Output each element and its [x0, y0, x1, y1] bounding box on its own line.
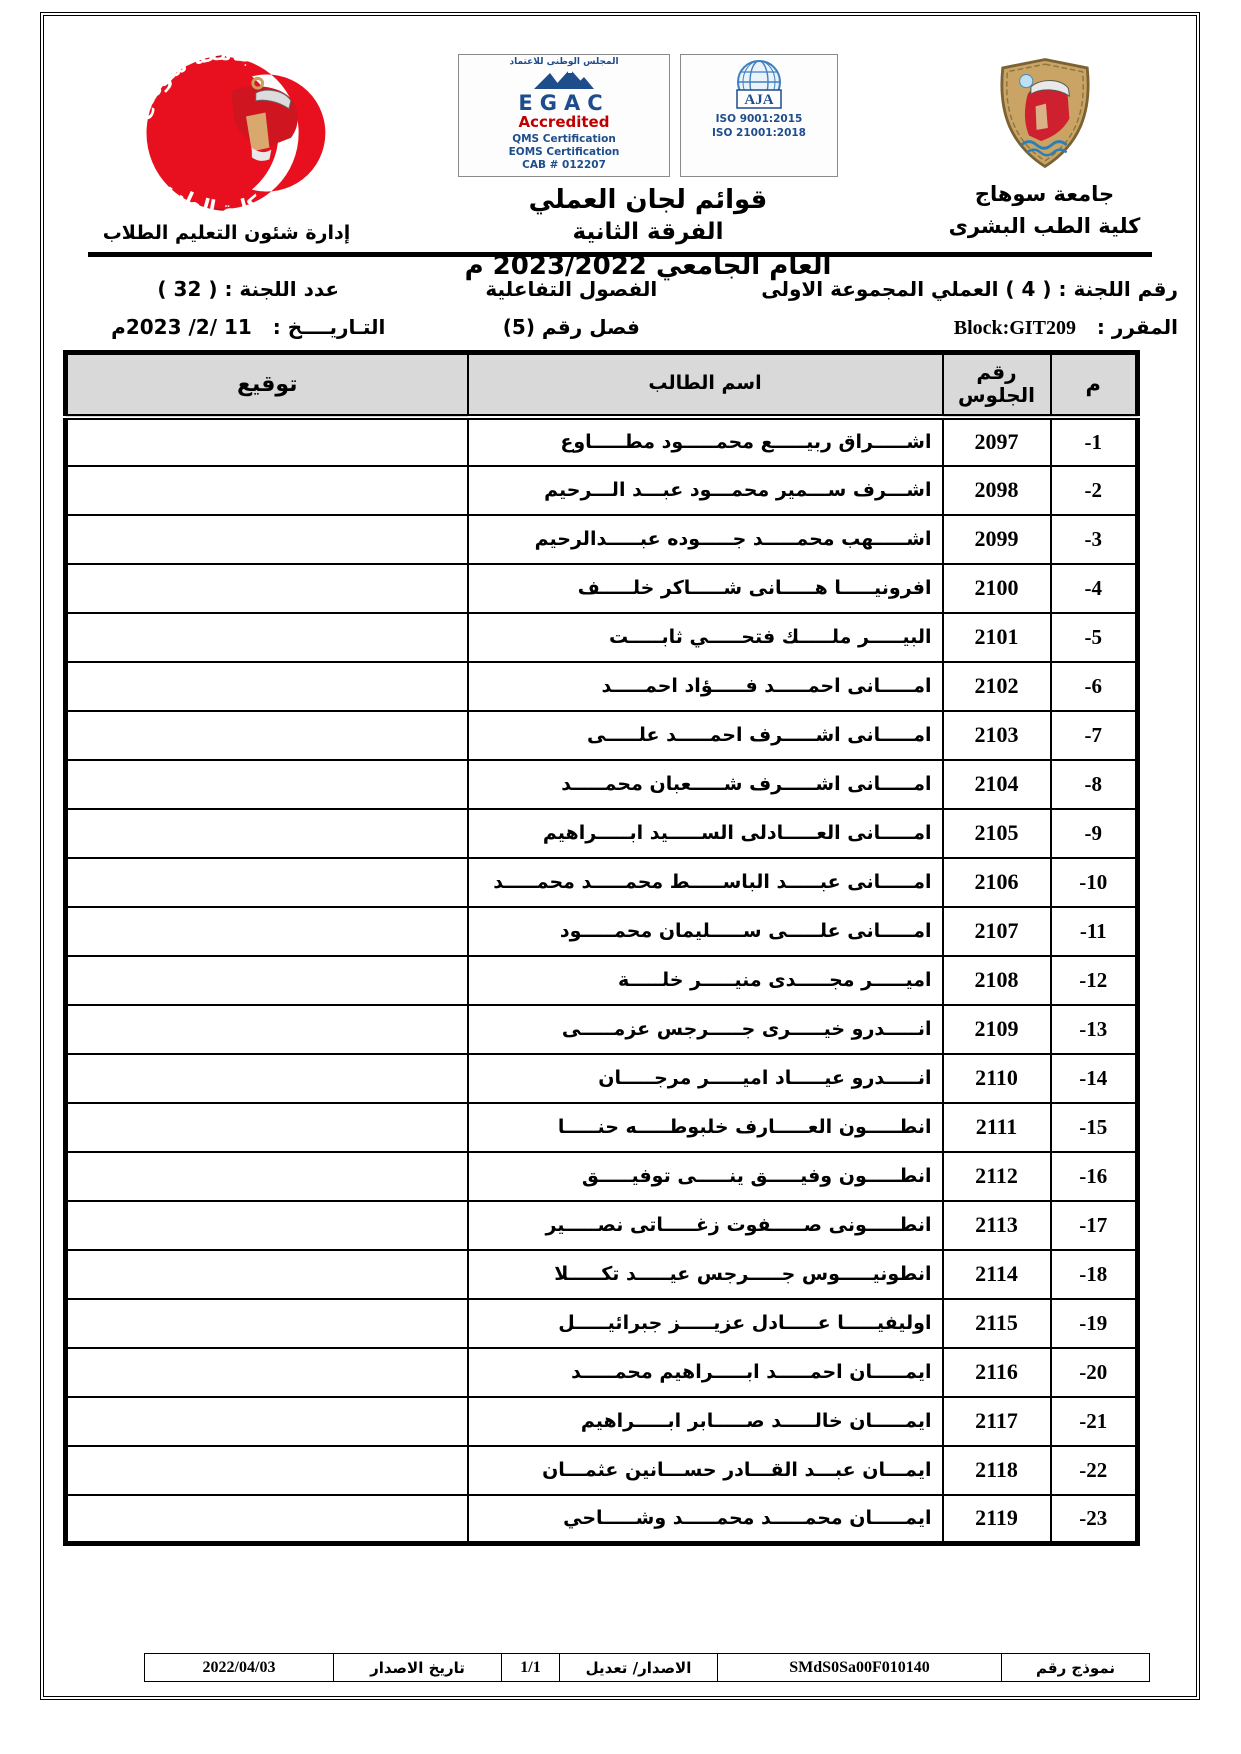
row-index: -15: [1051, 1103, 1138, 1152]
seat-number: 2112: [943, 1152, 1051, 1201]
date-label: التـاريــــخ :: [273, 315, 386, 339]
row-index: -4: [1051, 564, 1138, 613]
aja-globe-icon: AJA: [709, 58, 809, 110]
table-row: -3 2099 اشـــــهب محمـــــد جـــــوده عب…: [66, 515, 1138, 564]
signature-cell: [66, 1250, 468, 1299]
seat-number: 2104: [943, 760, 1051, 809]
table-row: -12 2108 اميـــــر مجـــــدى منيـــــر خ…: [66, 956, 1138, 1005]
seat-number: 2119: [943, 1495, 1051, 1544]
seat-number: 2110: [943, 1054, 1051, 1103]
date-value: 11 /2/ 2023م: [111, 315, 252, 339]
student-name: امـــــانى اشـــــرف شـــــعبان محمـــــ…: [468, 760, 943, 809]
row-index: -9: [1051, 809, 1138, 858]
signature-cell: [66, 1397, 468, 1446]
signature-cell: [66, 956, 468, 1005]
student-name: انطـــــون وفيـــــق ينـــــى توفيـــــق: [468, 1152, 943, 1201]
table-row: -22 2118 ايمـــان عبـــد القـــادر حســـ…: [66, 1446, 1138, 1495]
seat-number: 2113: [943, 1201, 1051, 1250]
page-title: قوائم لجان العملي: [369, 185, 927, 215]
course-field: المقرر : Block:GIT209: [716, 315, 1184, 340]
aja-iso1: ISO 9001:2015: [712, 113, 806, 127]
row-index: -12: [1051, 956, 1138, 1005]
signature-cell: [66, 760, 468, 809]
seat-number: 2099: [943, 515, 1051, 564]
issue-date-value: 2022/04/03: [145, 1654, 333, 1681]
seat-number: 2109: [943, 1005, 1051, 1054]
row-index: -21: [1051, 1397, 1138, 1446]
egac-arc-text: المجلس الوطنى للاعتماد: [463, 57, 665, 67]
student-name: ايمـــــان خالـــــد صـــــابر ابـــــرا…: [468, 1397, 943, 1446]
course-code: Block:GIT209: [954, 317, 1076, 339]
seat-number: 2107: [943, 907, 1051, 956]
col-header-index: م: [1051, 353, 1138, 417]
certification-logos: المجلس الوطنى للاعتماد EGAC Accredited Q…: [369, 54, 927, 177]
signature-cell: [66, 858, 468, 907]
signature-cell: [66, 564, 468, 613]
table-row: -19 2115 اوليفيـــــا عـــــادل عزيـــــ…: [66, 1299, 1138, 1348]
signature-cell: [66, 1201, 468, 1250]
row-index: -8: [1051, 760, 1138, 809]
grade-title: الفرقة الثانية: [369, 219, 927, 245]
medicine-college-crescent-icon: جامعة سوهاج كلية الطب: [109, 54, 344, 212]
row-index: -7: [1051, 711, 1138, 760]
signature-cell: [66, 1103, 468, 1152]
signature-cell: [66, 1299, 468, 1348]
row-index: -6: [1051, 662, 1138, 711]
faculty-name: كلية الطب البشرى: [927, 212, 1162, 240]
section-type: الفصول التفاعلية: [427, 277, 717, 301]
signature-cell: [66, 466, 468, 515]
row-index: -5: [1051, 613, 1138, 662]
table-row: -23 2119 ايمـــــان محمـــــد محمـــــد …: [66, 1495, 1138, 1544]
page-frame: جامعة سوهاج كلية الطب البشرى المجلس الوط…: [40, 12, 1200, 1700]
student-name: ايمـــــان محمـــــد محمـــــد وشـــــاح…: [468, 1495, 943, 1544]
date-field: التـاريــــخ : 11 /2/ 2023م: [70, 315, 426, 340]
table-row: -18 2114 انطونيـــــوس جـــــرجس عيـــــ…: [66, 1250, 1138, 1299]
signature-cell: [66, 1446, 468, 1495]
row-index: -10: [1051, 858, 1138, 907]
table-row: -13 2109 انـــــدرو خيـــــرى جـــــرجس …: [66, 1005, 1138, 1054]
sohag-university-shield-icon: [984, 54, 1106, 172]
row-index: -23: [1051, 1495, 1138, 1544]
seat-number: 2118: [943, 1446, 1051, 1495]
students-table-wrap: م رقم الجلوس اسم الطالب توقيع -1 2097 اش…: [44, 346, 1196, 1546]
student-name: اشـــــراق ربيـــــع محمـــــود مطـــــا…: [468, 417, 943, 466]
signature-cell: [66, 1495, 468, 1544]
committee-number: رقم اللجنة : ( 4 ) العملي المجموعة الاول…: [716, 277, 1184, 301]
egac-line2: EOMS Certification: [463, 146, 665, 159]
table-row: -17 2113 انطـــــونى صـــــفوت زغـــــات…: [66, 1201, 1138, 1250]
egac-line3: CAB # 012207: [463, 159, 665, 172]
student-name: امـــــانى عبـــــد الباســـــط محمـــــ…: [468, 858, 943, 907]
aja-iso2: ISO 21001:2018: [712, 127, 806, 141]
seat-number: 2097: [943, 417, 1051, 466]
table-header-row: م رقم الجلوس اسم الطالب توقيع: [66, 353, 1138, 417]
student-name: امـــــانى العـــــادلى الســـــيد ابـــ…: [468, 809, 943, 858]
issue-label: الاصدار/ تعديل: [559, 1654, 717, 1681]
row-index: -22: [1051, 1446, 1138, 1495]
student-name: اشـــــهب محمـــــد جـــــوده عبـــــدال…: [468, 515, 943, 564]
student-name: انطونيـــــوس جـــــرجس عيـــــد تكـــــ…: [468, 1250, 943, 1299]
department-name: إدارة شئون التعليم الطلاب: [84, 222, 369, 244]
student-name: امـــــانى اشـــــرف احمـــــد علـــــى: [468, 711, 943, 760]
signature-cell: [66, 809, 468, 858]
signature-cell: [66, 907, 468, 956]
student-name: البيـــــر ملـــــك فتحـــــي ثابـــــت: [468, 613, 943, 662]
student-name: انطـــــونى صـــــفوت زغـــــاتى نصـــــ…: [468, 1201, 943, 1250]
table-row: -20 2116 ايمـــــان احمـــــد ابـــــراه…: [66, 1348, 1138, 1397]
row-index: -17: [1051, 1201, 1138, 1250]
table-row: -8 2104 امـــــانى اشـــــرف شـــــعبان …: [66, 760, 1138, 809]
table-row: -1 2097 اشـــــراق ربيـــــع محمـــــود …: [66, 417, 1138, 466]
students-table: م رقم الجلوس اسم الطالب توقيع -1 2097 اش…: [63, 350, 1140, 1546]
table-row: -9 2105 امـــــانى العـــــادلى الســـــ…: [66, 809, 1138, 858]
table-row: -2 2098 اشـــرف ســـمير محمـــود عبـــد …: [66, 466, 1138, 515]
footer-strip: نموذج رقم SMdS0Sa00F010140 الاصدار/ تعدي…: [144, 1653, 1150, 1682]
table-row: -6 2102 امـــــانى احمـــــد فـــــؤاد ا…: [66, 662, 1138, 711]
signature-cell: [66, 662, 468, 711]
seat-number: 2111: [943, 1103, 1051, 1152]
student-name: ايمـــان عبـــد القـــادر حســـانين عثمـ…: [468, 1446, 943, 1495]
signature-cell: [66, 1054, 468, 1103]
row-index: -11: [1051, 907, 1138, 956]
table-row: -15 2111 انطـــــون العـــــارف خلبوطـــ…: [66, 1103, 1138, 1152]
seat-number: 2114: [943, 1250, 1051, 1299]
student-name: اوليفيـــــا عـــــادل عزيـــــز جبرائيـ…: [468, 1299, 943, 1348]
form-number-code: SMdS0Sa00F010140: [717, 1654, 1001, 1681]
signature-cell: [66, 515, 468, 564]
seat-number: 2100: [943, 564, 1051, 613]
class-number: فصل رقم (5): [427, 315, 717, 340]
student-name: انـــــدرو عيـــــاد اميـــــر مرجـــــا…: [468, 1054, 943, 1103]
row-index: -14: [1051, 1054, 1138, 1103]
table-row: -10 2106 امـــــانى عبـــــد الباســـــط…: [66, 858, 1138, 907]
table-row: -16 2112 انطـــــون وفيـــــق ينـــــى ت…: [66, 1152, 1138, 1201]
row-index: -18: [1051, 1250, 1138, 1299]
seat-number: 2103: [943, 711, 1051, 760]
issue-date-label: تاريخ الاصدار: [333, 1654, 501, 1681]
page-header: جامعة سوهاج كلية الطب البشرى المجلس الوط…: [44, 16, 1196, 248]
seat-number: 2101: [943, 613, 1051, 662]
egac-line1: QMS Certification: [463, 133, 665, 146]
student-name: اميـــــر مجـــــدى منيـــــر خلـــــة: [468, 956, 943, 1005]
issue-value: 1/1: [501, 1654, 559, 1681]
table-row: -4 2100 افرونيـــــا هـــــانى شـــــاكر…: [66, 564, 1138, 613]
table-body: -1 2097 اشـــــراق ربيـــــع محمـــــود …: [66, 417, 1138, 1544]
committee-count: عدد اللجنة : ( 32 ): [70, 277, 426, 301]
student-name: امـــــانى علـــــى ســـــليمان محمـــــ…: [468, 907, 943, 956]
student-name: امـــــانى احمـــــد فـــــؤاد احمـــــد: [468, 662, 943, 711]
seat-number: 2098: [943, 466, 1051, 515]
signature-cell: [66, 417, 468, 466]
university-name: جامعة سوهاج: [927, 180, 1162, 208]
student-name: انـــــدرو خيـــــرى جـــــرجس عزمـــــى: [468, 1005, 943, 1054]
seat-number: 2105: [943, 809, 1051, 858]
table-row: -7 2103 امـــــانى اشـــــرف احمـــــد ع…: [66, 711, 1138, 760]
university-block: جامعة سوهاج كلية الطب البشرى: [927, 54, 1162, 248]
row-index: -13: [1051, 1005, 1138, 1054]
row-index: -3: [1051, 515, 1138, 564]
document-titles: قوائم لجان العملي الفرقة الثانية العام ا…: [369, 185, 927, 281]
seat-number: 2116: [943, 1348, 1051, 1397]
signature-cell: [66, 1348, 468, 1397]
form-number-label: نموذج رقم: [1001, 1654, 1149, 1681]
row-index: -2: [1051, 466, 1138, 515]
col-header-seat: رقم الجلوس: [943, 353, 1051, 417]
egac-logo: المجلس الوطنى للاعتماد EGAC Accredited Q…: [458, 54, 670, 177]
seat-number: 2117: [943, 1397, 1051, 1446]
row-index: -1: [1051, 417, 1138, 466]
seat-number: 2106: [943, 858, 1051, 907]
row-index: -16: [1051, 1152, 1138, 1201]
student-name: اشـــرف ســـمير محمـــود عبـــد الـــرحي…: [468, 466, 943, 515]
table-row: -5 2101 البيـــــر ملـــــك فتحـــــي ثا…: [66, 613, 1138, 662]
col-header-name: اسم الطالب: [468, 353, 943, 417]
aja-name-text: AJA: [744, 92, 773, 108]
student-name: ايمـــــان احمـــــد ابـــــراهيم محمـــ…: [468, 1348, 943, 1397]
egac-name: EGAC: [463, 93, 665, 114]
signature-cell: [66, 1152, 468, 1201]
signature-cell: [66, 613, 468, 662]
col-header-seat-line2: الجلوس: [944, 384, 1050, 407]
header-center: المجلس الوطنى للاعتماد EGAC Accredited Q…: [369, 54, 927, 248]
seat-number: 2102: [943, 662, 1051, 711]
col-header-seat-line1: رقم: [944, 361, 1050, 384]
signature-cell: [66, 711, 468, 760]
col-header-signature: توقيع: [66, 353, 468, 417]
row-index: -20: [1051, 1348, 1138, 1397]
seat-number: 2115: [943, 1299, 1051, 1348]
aja-logo: AJA ISO 9001:2015 ISO 21001:2018: [680, 54, 838, 177]
department-block: جامعة سوهاج كلية الطب إدارة شئون التعليم…: [84, 54, 369, 248]
table-row: -21 2117 ايمـــــان خالـــــد صـــــابر …: [66, 1397, 1138, 1446]
row-index: -19: [1051, 1299, 1138, 1348]
table-row: -14 2110 انـــــدرو عيـــــاد اميـــــر …: [66, 1054, 1138, 1103]
course-label: المقرر :: [1097, 315, 1178, 339]
student-name: افرونيـــــا هـــــانى شـــــاكر خلـــــ…: [468, 564, 943, 613]
signature-cell: [66, 1005, 468, 1054]
seat-number: 2108: [943, 956, 1051, 1005]
egac-accredited: Accredited: [463, 114, 665, 131]
egac-mountains-icon: [532, 67, 596, 89]
table-row: -11 2107 امـــــانى علـــــى ســـــليمان…: [66, 907, 1138, 956]
student-name: انطـــــون العـــــارف خلبوطـــــه حنـــ…: [468, 1103, 943, 1152]
